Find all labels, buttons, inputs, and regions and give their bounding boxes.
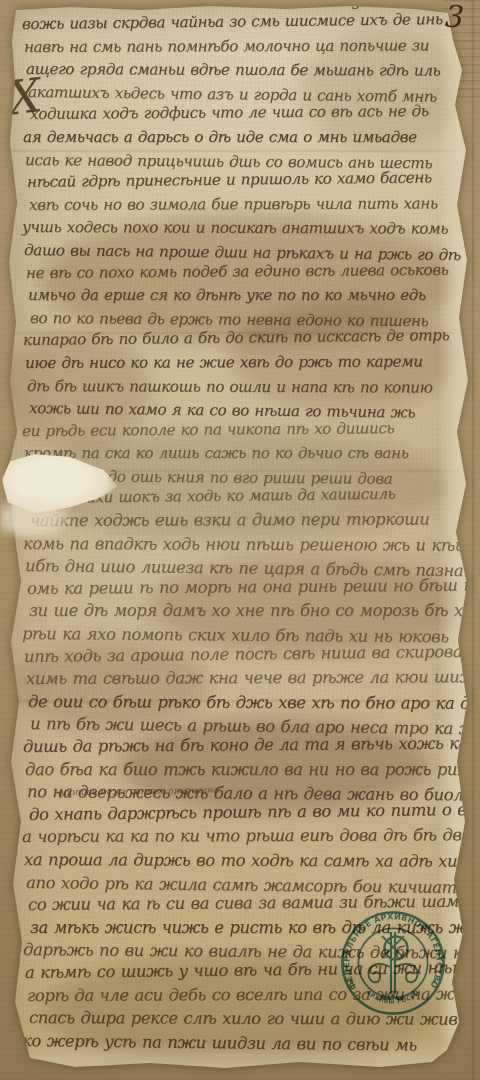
- folio-number: 3: [444, 0, 465, 35]
- stamp-outer-text: ФЕДЕРАЛЬНОЕ АРХИВНОЕ АГЕНТСТВО: [341, 911, 445, 992]
- stamp-separator-dot: [350, 980, 353, 983]
- stamp-separator-dot: [433, 980, 436, 983]
- archive-stamp: ФЕДЕРАЛЬНОЕ АРХИВНОЕ АГЕНТСТВО АРХИВЫ РО…: [333, 903, 453, 1023]
- stamp-inner-ring: [358, 928, 427, 997]
- repair-patch-secondary: [0, 498, 76, 538]
- archival-document-photo: вожь иазы скрдва чайньа зо смь шисмисе и…: [0, 0, 480, 1080]
- stamp-monogram-emblem: [369, 932, 418, 999]
